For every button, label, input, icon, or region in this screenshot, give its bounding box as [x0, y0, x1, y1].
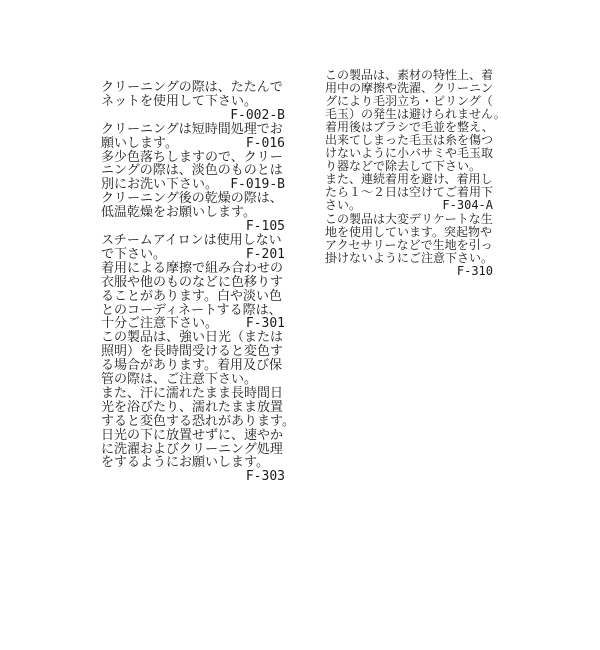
care-note-text-line: 管の際は、ご注意下さい。 [101, 373, 285, 387]
care-note-text-line: スチームアイロンは使用しない [101, 234, 285, 248]
care-note-text-line: る場合があります。着用及び保 [101, 359, 285, 373]
care-code-line: F-303 [101, 470, 285, 484]
care-code: F-016 [246, 137, 285, 151]
care-note-text: 願いします。 [101, 137, 178, 151]
care-code: F-304-A [442, 199, 493, 212]
care-note-text-line: この製品は大変デリケートな生 [325, 213, 493, 226]
text-line-with-code: さい。F-304-A [325, 199, 493, 212]
care-note-text-line: をするようにお願いします。 [101, 456, 285, 470]
care-note-text-line: また、汗に濡れたまま長時間日 [101, 387, 285, 401]
care-note-text-line: ネットを使用して下さい。 [101, 95, 285, 109]
care-note-text-line: に洗濯およびクリーニング処理 [101, 443, 285, 457]
care-code: F-303 [246, 469, 285, 484]
care-note-text-line: 光を浴びたり、濡れたまま放置 [101, 401, 285, 415]
care-code: F-310 [457, 264, 493, 278]
care-note-text-line: すると変色する恐れがあります。 [101, 415, 285, 429]
care-note-text-line: 低温乾燥をお願いします。 [101, 206, 285, 220]
care-instruction-sheet: クリーニングの際は、たたんでネットを使用して下さい。F-002-Bクリーニングは… [0, 0, 600, 650]
care-note-text-line: 衣服や他のものなどに色移りす [101, 276, 285, 290]
care-note-text-line: アクセサリーなどで生地を引っ [325, 239, 493, 252]
care-code-line: F-002-B [101, 109, 285, 123]
text-line-with-code: で下さい。F-201 [101, 248, 285, 262]
text-line-with-code: 願いします。F-016 [101, 137, 285, 151]
care-note-text-line: 日光の下に放置せずに、速やか [101, 429, 285, 443]
care-note-text-line: 着用による摩擦で組み合わせの [101, 262, 285, 276]
care-notes-column-left: クリーニングの際は、たたんでネットを使用して下さい。F-002-Bクリーニングは… [101, 81, 285, 484]
care-code: F-201 [246, 248, 285, 262]
care-note-text-line: 地を使用しています。突起物や [325, 226, 493, 239]
care-note-text-line: ることがあります。白や淡い色 [101, 290, 285, 304]
care-code: F-105 [246, 219, 285, 234]
care-code-line: F-105 [101, 220, 285, 234]
care-notes-column-right: この製品は、素材の特性上、着用中の摩擦や洗濯、クリーニングにより毛羽立ち・ピリン… [325, 69, 493, 278]
care-note-text: で下さい。 [101, 248, 166, 262]
care-code: F-002-B [230, 108, 285, 123]
care-note-text: さい。 [325, 199, 361, 212]
care-note-text-line: クリーニングは短時間処理でお [101, 123, 285, 137]
care-note-text-line: 照明）を長時間受けると変色す [101, 345, 285, 359]
care-note-text-line: クリーニングの際は、たたんで [101, 81, 285, 95]
care-code-line: F-310 [325, 265, 493, 278]
